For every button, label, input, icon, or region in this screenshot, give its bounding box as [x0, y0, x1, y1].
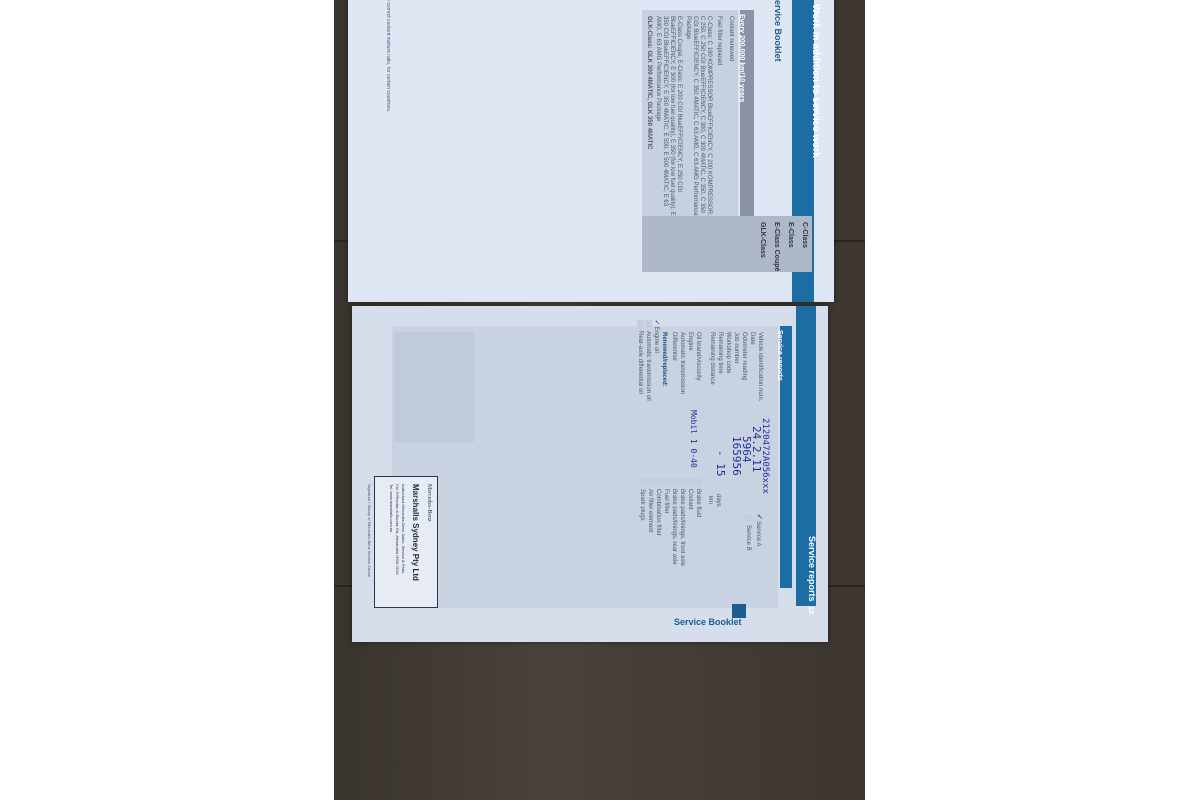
page-13: Service reports 13 Service reports Vehic… — [352, 306, 828, 642]
service-booklet: Work in addition to service work 12 Serv… — [348, 0, 838, 650]
page-12: Work in addition to service work 12 Serv… — [348, 0, 834, 302]
footer: Service Booklet — [770, 0, 788, 62]
footer: Service Booklet — [674, 612, 742, 630]
class-c: C-Class — [801, 222, 808, 248]
check-spark-plugs[interactable]: Spark plugs — [639, 478, 645, 521]
differential-oil-checkbox[interactable]: Rear-axle differential oil — [637, 320, 643, 394]
faded-stamp — [394, 332, 474, 442]
section-title: Service reports — [807, 536, 817, 602]
photo-background: Work in addition to service work 12 Serv… — [334, 0, 865, 800]
service-b-checkbox[interactable]: Service B — [745, 514, 751, 551]
remaining-time-field[interactable]: - 15 — [714, 450, 727, 477]
job-number-field[interactable]: 165956 — [730, 436, 743, 476]
class-glk: GLK-Class — [759, 222, 766, 258]
section-title: Work in addition to service work — [808, 4, 826, 158]
class-e-coupe: E-Class Coupé — [773, 222, 780, 271]
engine-oil-field[interactable]: Mobil 1 0-40 — [689, 410, 698, 468]
signature-label: Signature / Stamp of Mercedes-Benz Servi… — [367, 484, 372, 577]
class-e: E-Class — [787, 222, 794, 248]
page-number: 13 — [807, 606, 814, 614]
side-note: the correct coolant mixture ratio, for c… — [385, 0, 391, 112]
